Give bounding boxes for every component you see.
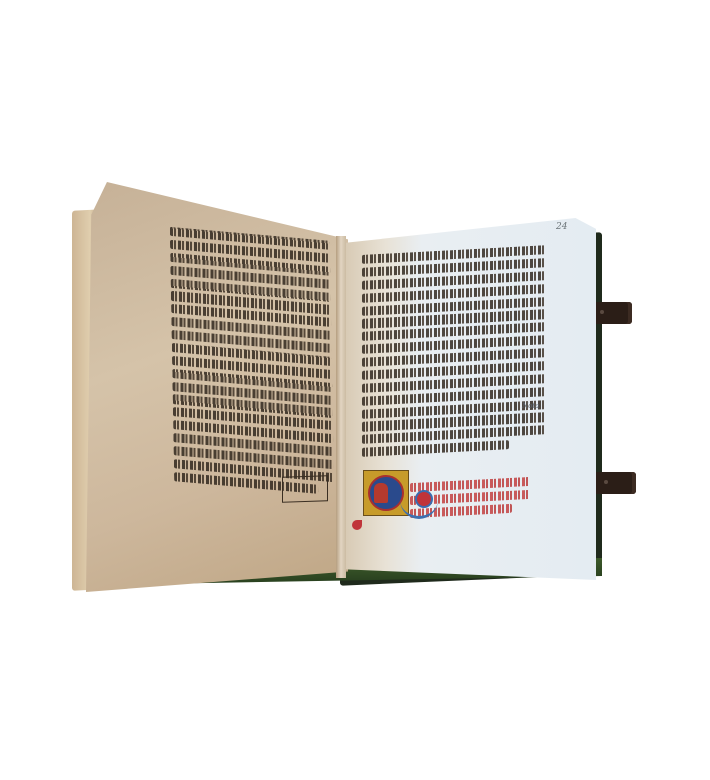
folio-number: 24 — [556, 222, 567, 232]
leather-clasp-bottom — [594, 472, 636, 494]
image-subject: Open illuminated medieval manuscript — [0, 0, 1, 1]
leather-clasp-top — [590, 302, 632, 324]
book-gutter — [336, 236, 346, 578]
floral-ornament — [417, 492, 431, 506]
manuscript-photo: Open illuminated medieval manuscript 24 … — [0, 0, 710, 780]
figure-in-initial — [374, 483, 388, 503]
left-page-text-block — [170, 227, 335, 503]
red-leaf-ornament — [352, 520, 362, 530]
boxed-text-annotation — [282, 475, 328, 503]
margin-note: Nota — [522, 402, 539, 410]
right-page-text-block — [362, 245, 546, 477]
